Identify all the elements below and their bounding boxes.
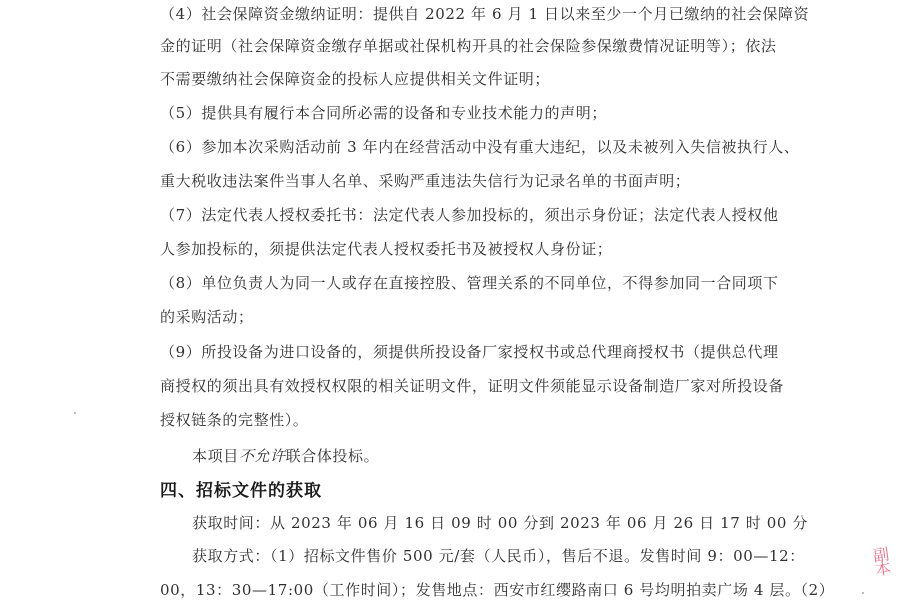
- text-line: （4）社会保障资金缴纳证明：提供自 2022 年 6 月 1 日以来至少一个月已…: [160, 5, 780, 23]
- document-page: （4）社会保障资金缴纳证明：提供自 2022 年 6 月 1 日以来至少一个月已…: [0, 0, 904, 603]
- text-line: （5）提供具有履行本合同所必需的设备和专业技术能力的声明；: [160, 104, 780, 122]
- scan-speck: [74, 412, 76, 414]
- text-line: （8）单位负责人为同一人或存在直接控股、管理关系的不同单位，不得参加同一合同项下: [160, 274, 780, 292]
- text-line: 不需要缴纳社会保障资金的投标人应提供相关文件证明；: [160, 70, 780, 88]
- consortium-emphasis: 不允许: [239, 447, 286, 465]
- text-line: 人参加投标的，须提供法定代表人授权委托书及被授权人身份证；: [160, 240, 780, 258]
- consortium-prefix: 本项目: [192, 447, 239, 465]
- text-line: （7）法定代表人授权委托书：法定代表人参加投标的，须出示身份证；法定代表人授权他: [160, 206, 780, 224]
- scan-speck: [862, 592, 864, 594]
- text-line: 重大税收违法案件当事人名单、采购严重违法失信行为记录名单的书面声明；: [160, 172, 780, 190]
- text-line: 授权链条的完整性）。: [160, 411, 780, 429]
- handwritten-red-mark: 副本: [872, 547, 899, 603]
- text-line: 商授权的须出具有效授权权限的相关证明文件，证明文件须能显示设备制造厂家对所投设备: [160, 377, 780, 395]
- acquisition-method-line-2: 00，13：30—17:00（工作时间）；发售地点：西安市红缨路南口 6 号均明…: [160, 581, 780, 599]
- text-line: （9）所投设备为进口设备的，须提供所投设备厂家授权书或总代理商授权书（提供总代理: [160, 343, 780, 361]
- acquisition-time: 获取时间：从 2023 年 06 月 16 日 09 时 00 分到 2023 …: [192, 514, 812, 532]
- consortium-statement: 本项目不允许联合体投标。: [192, 447, 812, 465]
- section-heading: 四、招标文件的获取: [160, 481, 322, 501]
- acquisition-method-line-1: 获取方式：（1）招标文件售价 500 元/套（人民币），售后不退。发售时间 9：…: [192, 547, 812, 565]
- text-line: （6）参加本次采购活动前 3 年内在经营活动中没有重大违纪，以及未被列入失信被执…: [160, 138, 780, 156]
- text-line: 的采购活动；: [160, 308, 780, 326]
- consortium-suffix: 联合体投标。: [286, 447, 380, 465]
- text-line: 金的证明（社会保障资金缴存单据或社保机构开具的社会保险参保缴费情况证明等）；依法: [160, 37, 780, 55]
